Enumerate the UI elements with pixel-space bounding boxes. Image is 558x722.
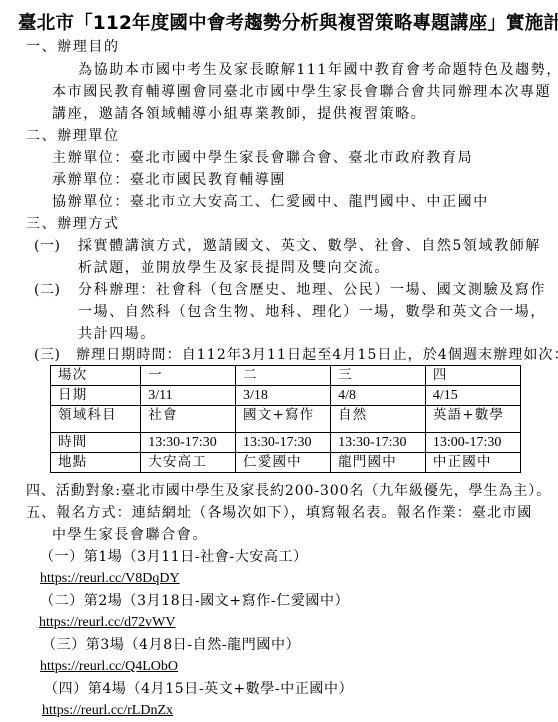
section-heading-audience: 四、活動對象:臺北市國中學生及家長約200-300名（九年級優先，學生為主）。 — [26, 481, 551, 501]
organizer-host: 主辦單位：臺北市國中學生家長會聯合會、臺北市政府教育局 — [52, 148, 473, 168]
registration-session-2-label: （二）第2場（3月18日-國文+寫作-仁愛國中） — [40, 591, 349, 611]
table-cell: 13:30-17:30 — [236, 433, 331, 453]
organizer-co-host: 協辦單位：臺北市立大安高工、仁愛國中、龍門國中、中正國中 — [52, 192, 489, 212]
table-row-location: 地點 大安高工 仁愛國中 龍門國中 中正國中 — [51, 453, 521, 473]
method-item-1-line-2: 析試題，並開放學生及家長提問及雙向交流。 — [78, 258, 390, 278]
registration-session-1-label: （一）第1場（3月11日-社會-大安高工） — [40, 547, 308, 567]
table-cell: 仁愛國中 — [236, 453, 331, 473]
method-item-1-line-1: 採實體講演方式，邀請國文、英文、數學、社會、自然5領域教師解 — [78, 236, 541, 256]
table-cell: 時間 — [51, 433, 141, 453]
table-cell: 社會 — [141, 406, 236, 433]
registration-link-session-3[interactable]: https://reurl.cc/Q4LObO — [40, 657, 178, 677]
method-item-label-2: (二) — [34, 280, 60, 300]
method-item-2-line-2: 一場、自然科（包含生物、地科、理化）一場，數學和英文合一場， — [78, 302, 546, 322]
table-cell: 地點 — [51, 453, 141, 473]
table-cell: 場次 — [51, 366, 141, 386]
method-item-2-line-1: 分科辦理：社會科（包含歷史、地理、公民）一場、國文測驗及寫作 — [78, 280, 546, 300]
table-cell: 三 — [331, 366, 426, 386]
table-cell: 13:30-17:30 — [331, 433, 426, 453]
registration-session-3-label: （三）第3場（4月8日-自然-龍門國中） — [42, 635, 300, 655]
table-row-date: 日期 3/11 3/18 4/8 4/15 — [51, 386, 521, 406]
table-cell: 龍門國中 — [331, 453, 426, 473]
method-item-2-line-3: 共計四場。 — [78, 324, 156, 344]
table-cell: 國文+寫作 — [236, 406, 331, 433]
table-cell: 四 — [425, 366, 520, 386]
table-cell: 自然 — [331, 406, 426, 433]
section-heading-purpose: 一、辦理目的 — [26, 37, 120, 57]
table-row-session: 場次 一 二 三 四 — [51, 366, 521, 386]
table-cell: 領域科目 — [51, 406, 141, 433]
purpose-text-line-1: 為協助本市國中考生及家長瞭解111年國中教育會考命題特色及趨勢， — [78, 60, 558, 80]
table-cell: 4/15 — [425, 386, 520, 406]
section-heading-organizers: 二、辦理單位 — [26, 126, 120, 146]
section-heading-method: 三、辦理方式 — [26, 214, 120, 234]
table-cell: 13:00-17:30 — [425, 433, 520, 453]
method-item-3-line-1: 辦理日期時間：自112年3月11日起至4月15日止，於4個週末辦理如次： — [76, 345, 558, 365]
registration-link-session-4[interactable]: https://reurl.cc/rLDnZx — [42, 701, 173, 721]
organizer-executor: 承辦單位：臺北市國民教育輔導團 — [52, 170, 286, 190]
table-cell: 中正國中 — [425, 453, 520, 473]
method-item-label-1: (一) — [34, 236, 60, 256]
table-cell: 日期 — [51, 386, 141, 406]
table-cell: 二 — [236, 366, 331, 386]
registration-link-session-1[interactable]: https://reurl.cc/V8DqDY — [40, 569, 180, 589]
table-cell: 4/8 — [331, 386, 426, 406]
table-cell: 一 — [141, 366, 236, 386]
registration-operator-line: 中學生家長會聯合會。 — [52, 525, 208, 545]
purpose-text-line-2: 本市國民教育輔導團會同臺北市國中學生家長會聯合會共同辦理本次專題 — [52, 82, 551, 102]
table-row-subject: 領域科目 社會 國文+寫作 自然 英語+數學 — [51, 406, 521, 433]
table-cell: 大安高工 — [141, 453, 236, 473]
section-heading-registration: 五、報名方式：連結網址（各場次如下），填寫報名表。報名作業：臺北市國 — [26, 503, 532, 523]
table-cell: 3/11 — [141, 386, 236, 406]
table-cell: 3/18 — [236, 386, 331, 406]
document-title: 臺北市「112年度國中會考趨勢分析與複習策略專題講座」實施計畫 — [18, 12, 518, 36]
table-cell: 英語+數學 — [425, 406, 520, 433]
schedule-table: 場次 一 二 三 四 日期 3/11 3/18 4/8 4/15 領域科目 社會… — [50, 365, 521, 473]
purpose-text-line-3: 講座，邀請各領域輔導小組專業教師，提供複習策略。 — [52, 104, 426, 124]
table-row-time: 時間 13:30-17:30 13:30-17:30 13:30-17:30 1… — [51, 433, 521, 453]
registration-session-4-label: （四）第4場（4月15日-英文+數學-中正國中） — [44, 679, 353, 699]
table-cell: 13:30-17:30 — [141, 433, 236, 453]
registration-link-session-2[interactable]: https://reurl.cc/d72vWV — [39, 613, 175, 633]
document-page: 臺北市「112年度國中會考趨勢分析與複習策略專題講座」實施計畫 一、辦理目的 為… — [0, 0, 558, 722]
method-item-label-3: (三) — [34, 345, 60, 365]
